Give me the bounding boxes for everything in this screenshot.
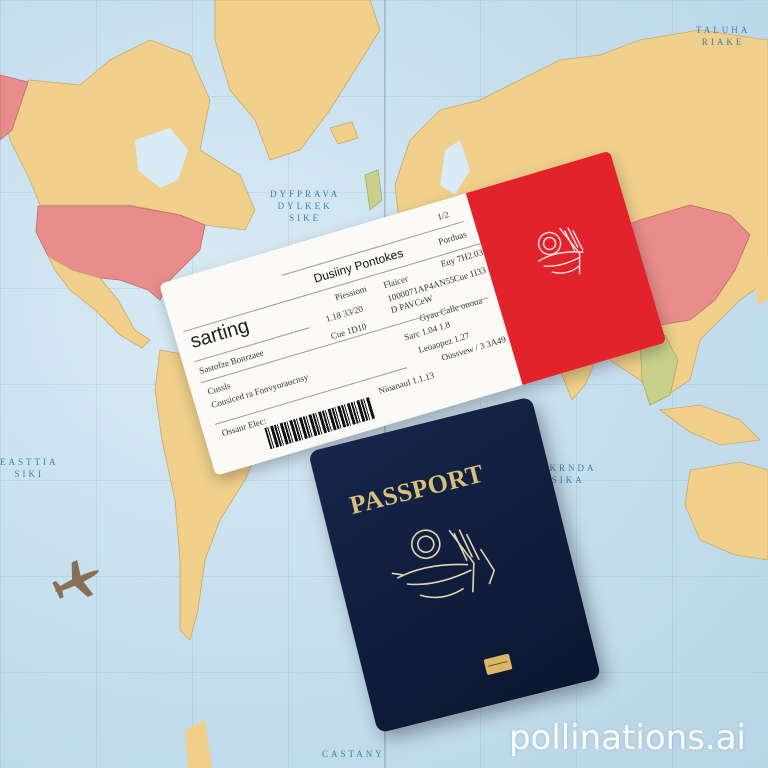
- eagle-emblem-icon: [377, 501, 518, 627]
- col-header-1: Piessiom: [334, 284, 368, 303]
- map-label-pacific: EASTTIA SIKI: [0, 456, 59, 480]
- watermark: pollinations.ai: [509, 718, 746, 758]
- map-label-southern: CASTANY: [322, 748, 385, 760]
- biometric-chip-icon: [483, 653, 512, 675]
- airplane-icon: [46, 556, 108, 606]
- map-label-text: DYLKEK: [270, 200, 340, 212]
- australia: [685, 462, 768, 560]
- map-label-text: DYFPRAVA: [270, 188, 340, 200]
- canada: [0, 40, 255, 230]
- col-header-3: Porduas: [437, 229, 468, 247]
- map-label-arctic: TALUHA RIAKE: [696, 24, 750, 48]
- indonesia: [660, 405, 760, 445]
- eagle-seal-icon: [518, 210, 605, 297]
- photo-scene: DYFPRAVA DYLKEK SIKE EAYKRA EASTTIA SIKI…: [0, 0, 768, 768]
- flight-code: 1.18 33/20: [324, 303, 364, 324]
- uk: [365, 170, 382, 210]
- map-label-text: SIKE: [270, 212, 340, 224]
- map-label-text: TALUHA: [696, 24, 750, 36]
- antarctic-peninsula: [185, 720, 212, 768]
- time-2: Cue 1I33: [452, 265, 487, 284]
- iceland: [330, 122, 358, 144]
- map-label-text: EASTTIA: [0, 456, 59, 468]
- map-label-text: SIKI: [0, 468, 59, 480]
- map-label-north-atlantic: DYFPRAVA DYLKEK SIKE: [270, 188, 340, 224]
- field-1: Sastofze Bonrzaee: [198, 347, 265, 376]
- map-label-text: RIAKE: [696, 36, 750, 48]
- page-indicator: 1/2: [436, 209, 450, 222]
